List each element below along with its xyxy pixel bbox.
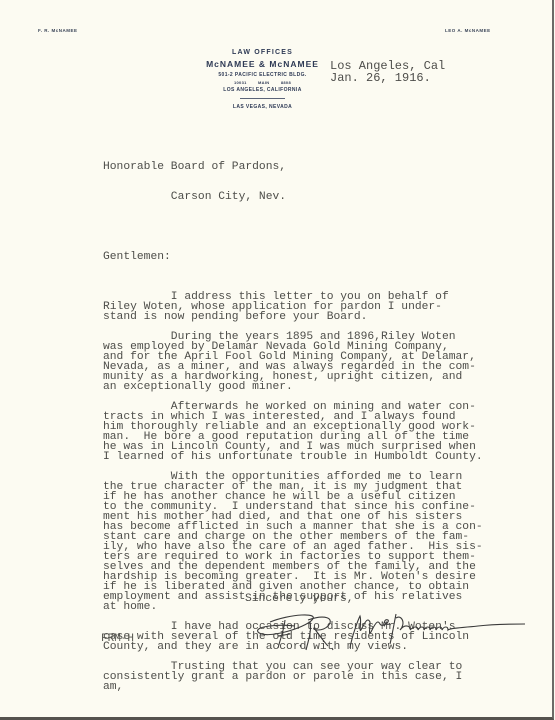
phone-home: 10031 (234, 80, 247, 85)
firm-branch: LAS VEGAS, NEVADA (200, 103, 325, 112)
svg-text:F.R. McNamee: F.R. McNamee (250, 600, 258, 601)
firm-name: McNAMEE & McNAMEE (192, 58, 333, 71)
paragraph-line: am, (103, 682, 523, 692)
dateline-date: Jan. 26, 1916. (330, 72, 445, 84)
addressee-line-2: Carson City, Nev. (103, 192, 523, 202)
paragraph-line: I learned of his unfortunate trouble in … (103, 452, 523, 462)
paragraph-line: consistently grant a pardon or parole in… (103, 672, 523, 682)
salutation: Gentlemen: (103, 252, 523, 262)
letterhead-divider (240, 98, 285, 99)
letterhead-title: LAW OFFICES (200, 48, 325, 58)
paragraph-line: stand is now pending before your Board. (103, 312, 523, 322)
partner-right-name: LEO A. McNAMEE (445, 28, 491, 33)
phone-main: MAIN 8808 (258, 80, 291, 85)
partner-left-name: F. R. McNAMEE (38, 28, 78, 33)
dateline: Los Angeles, Cal Jan. 26, 1916. (330, 60, 445, 84)
letter-page: F. R. McNAMEE LEO A. McNAMEE LAW OFFICES… (0, 0, 554, 720)
addressee-line-1: Honorable Board of Pardons, (103, 162, 523, 172)
paragraph-line: an exceptionally good miner. (103, 382, 523, 392)
firm-address: 501-2 PACIFIC ELECTRIC BLDG. (200, 71, 325, 79)
firm-phones: 10031 MAIN 8808 (200, 79, 325, 86)
signature: F.R. McNamee (250, 600, 550, 660)
firm-city: LOS ANGELES, CALIFORNIA (200, 86, 325, 95)
letterhead: LAW OFFICES McNAMEE & McNAMEE 501-2 PACI… (200, 48, 325, 112)
typist-initials: FRM-H (101, 633, 134, 645)
